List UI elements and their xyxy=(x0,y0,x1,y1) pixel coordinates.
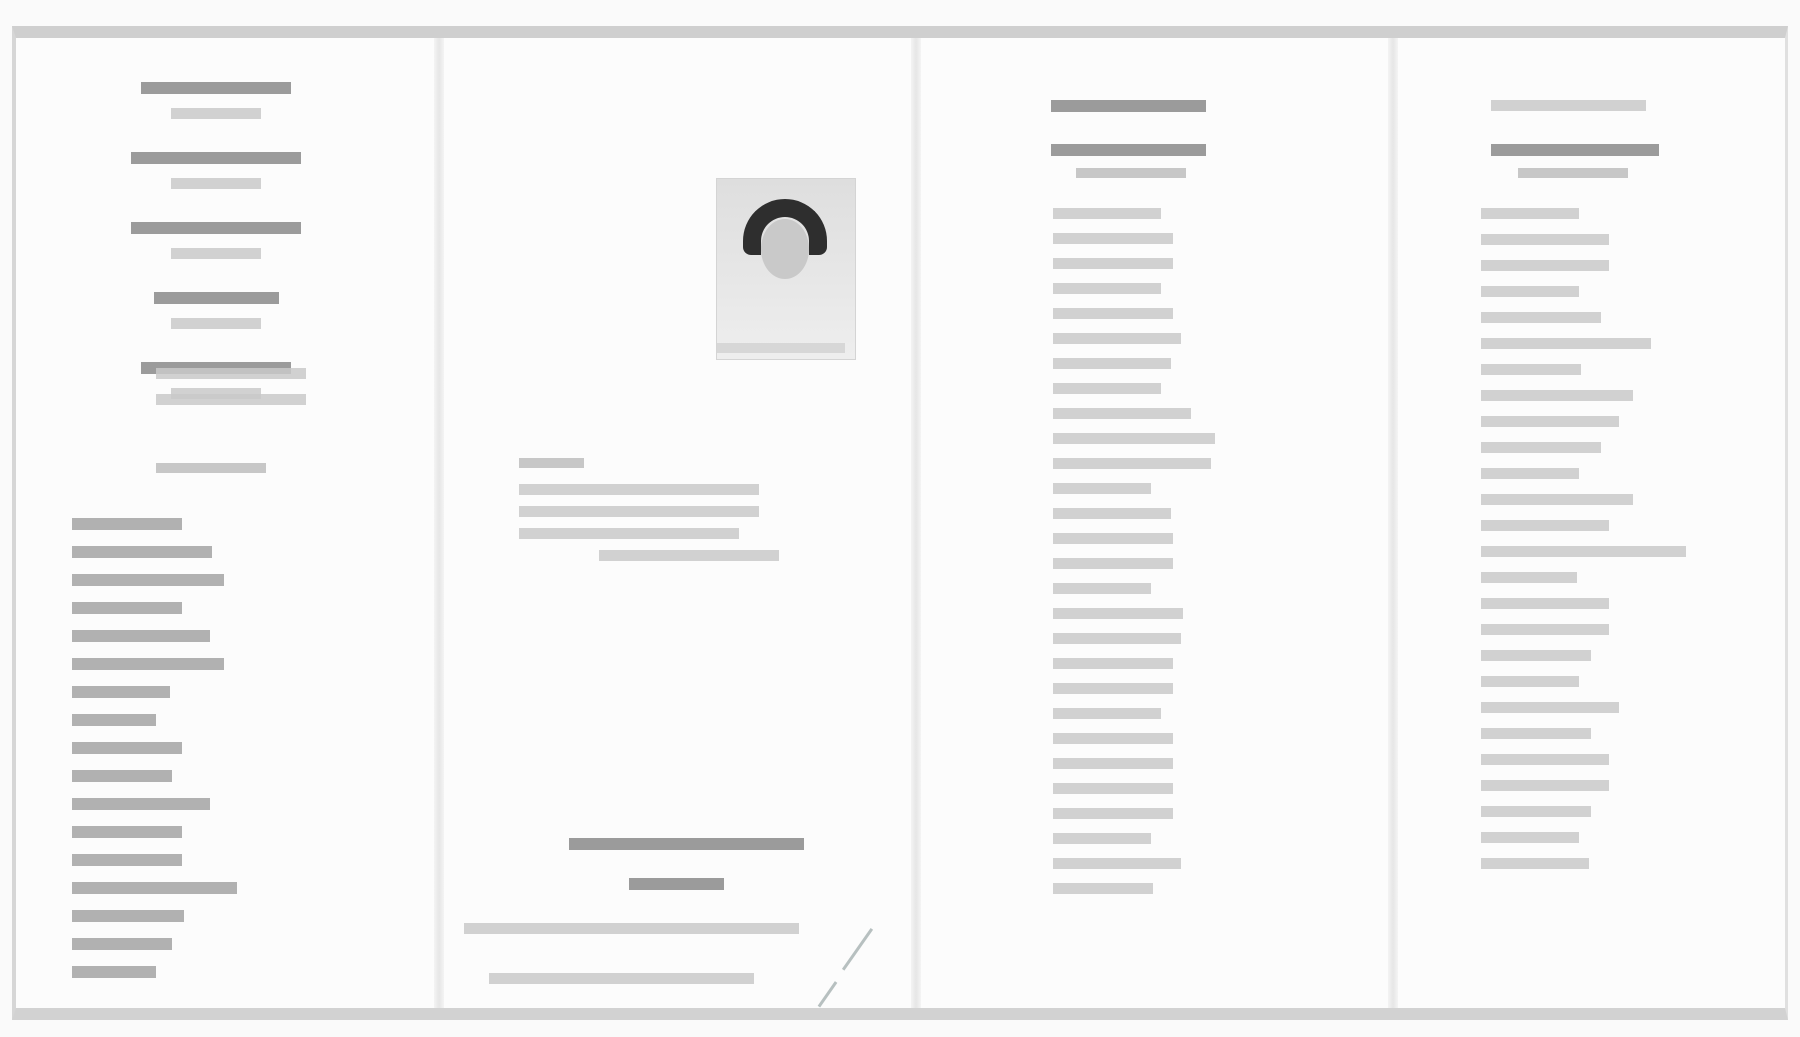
text-line xyxy=(1481,598,1609,609)
text-line xyxy=(569,838,804,850)
text-line xyxy=(1481,312,1601,323)
text-line xyxy=(629,878,724,890)
text-line xyxy=(1053,783,1173,794)
text-line xyxy=(1053,808,1173,819)
text-line xyxy=(1481,338,1651,349)
text-line xyxy=(1481,234,1609,245)
text-line xyxy=(72,910,184,922)
text-line xyxy=(154,292,279,304)
text-line xyxy=(1053,308,1173,319)
text-line xyxy=(1053,458,1211,469)
text-line xyxy=(599,550,779,561)
text-line xyxy=(72,546,212,558)
fold-line xyxy=(434,38,444,1008)
text-line xyxy=(1481,754,1609,765)
text-line xyxy=(1481,494,1633,505)
text-line xyxy=(1481,468,1579,479)
text-line xyxy=(1481,858,1589,869)
text-line xyxy=(72,770,172,782)
text-line xyxy=(1053,708,1161,719)
text-line xyxy=(171,178,261,189)
text-line xyxy=(1053,683,1173,694)
text-line xyxy=(72,826,182,838)
text-line xyxy=(72,518,182,530)
text-line xyxy=(1491,100,1646,111)
text-line xyxy=(171,108,261,119)
text-line xyxy=(131,152,301,164)
text-line xyxy=(1481,676,1579,687)
portrait-hair xyxy=(743,199,827,255)
text-line xyxy=(1076,168,1186,178)
text-line xyxy=(1481,208,1579,219)
text-line xyxy=(1481,572,1577,583)
text-line xyxy=(1481,650,1591,661)
text-line xyxy=(1481,260,1609,271)
text-line xyxy=(72,966,156,978)
text-line xyxy=(156,368,306,379)
text-line xyxy=(1053,333,1181,344)
fold-line xyxy=(1388,38,1398,1008)
text-line xyxy=(1481,416,1619,427)
panel-4 xyxy=(1398,38,1792,1008)
text-line xyxy=(171,248,261,259)
text-line xyxy=(1053,833,1151,844)
text-line xyxy=(156,463,266,473)
text-line xyxy=(141,82,291,94)
text-line xyxy=(72,574,224,586)
text-line xyxy=(72,686,170,698)
text-line xyxy=(1053,533,1173,544)
fold-line xyxy=(911,38,921,1008)
text-line xyxy=(1053,508,1171,519)
text-line xyxy=(1053,258,1173,269)
text-line xyxy=(1053,733,1173,744)
panel-1 xyxy=(16,38,434,1008)
text-line xyxy=(464,923,799,934)
text-line xyxy=(1481,702,1619,713)
text-line xyxy=(1481,546,1686,557)
text-line xyxy=(1053,758,1173,769)
text-line xyxy=(1053,658,1173,669)
text-line xyxy=(72,602,182,614)
text-line xyxy=(72,882,237,894)
text-line xyxy=(1053,208,1161,219)
text-line xyxy=(1053,858,1181,869)
text-line xyxy=(1053,283,1161,294)
text-line xyxy=(1481,806,1591,817)
text-line xyxy=(519,528,739,539)
text-line xyxy=(1481,832,1579,843)
text-line xyxy=(1481,364,1581,375)
text-line xyxy=(1053,433,1215,444)
text-line xyxy=(1481,624,1609,635)
text-line xyxy=(519,458,584,468)
text-line xyxy=(72,658,224,670)
text-line xyxy=(72,938,172,950)
scanned-document: text too low-resolution to read xyxy=(12,26,1788,1020)
text-line xyxy=(1053,583,1151,594)
text-line xyxy=(1481,442,1601,453)
text-line xyxy=(1053,233,1173,244)
text-line xyxy=(72,630,210,642)
text-line xyxy=(171,318,261,329)
text-line xyxy=(131,222,301,234)
text-line xyxy=(489,973,754,984)
text-line xyxy=(1053,383,1161,394)
text-line xyxy=(1481,728,1591,739)
text-line xyxy=(72,714,156,726)
photo-caption xyxy=(717,343,845,353)
text-line xyxy=(1053,883,1153,894)
text-line xyxy=(72,742,182,754)
portrait-photo xyxy=(716,178,856,360)
text-line xyxy=(1481,286,1579,297)
panel-3 xyxy=(921,38,1388,1008)
text-line xyxy=(1481,520,1609,531)
text-line xyxy=(1053,633,1181,644)
text-line xyxy=(156,394,306,405)
text-line xyxy=(1481,780,1609,791)
text-line xyxy=(1053,358,1171,369)
text-line xyxy=(1491,144,1659,156)
text-line xyxy=(1053,608,1183,619)
text-line xyxy=(519,506,759,517)
text-line xyxy=(1053,558,1173,569)
text-line xyxy=(1053,408,1191,419)
text-line xyxy=(1051,100,1206,112)
text-line xyxy=(72,854,182,866)
text-line xyxy=(1518,168,1628,178)
text-line xyxy=(519,484,759,495)
text-line xyxy=(72,798,210,810)
text-line xyxy=(1053,483,1151,494)
text-line xyxy=(1051,144,1206,156)
text-line xyxy=(1481,390,1633,401)
